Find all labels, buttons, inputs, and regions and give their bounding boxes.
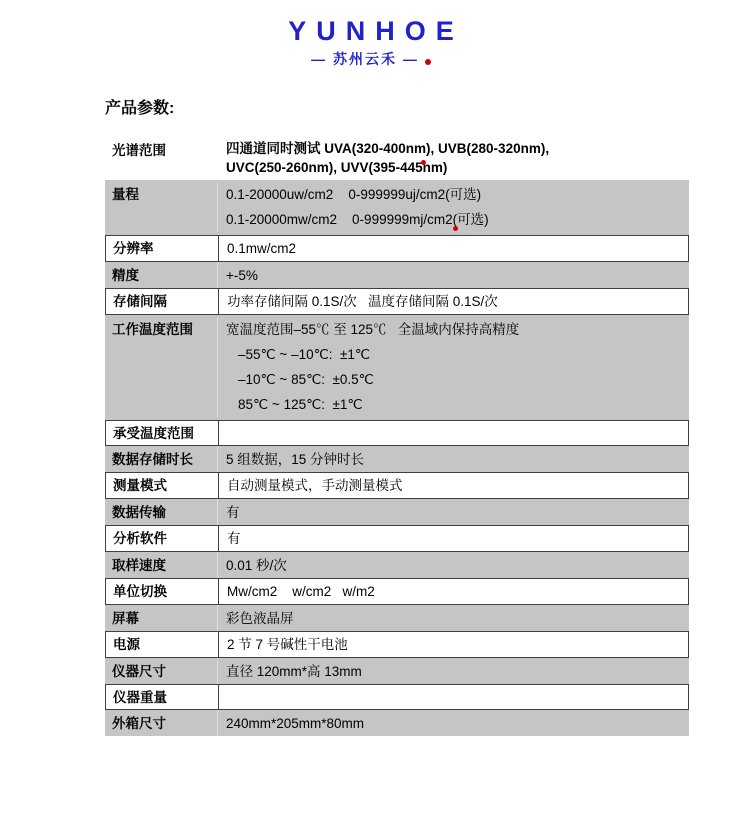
- spec-value-line: –10℃ ~ 85℃: ±0.5℃: [226, 367, 689, 392]
- spec-label: 数据存储时长: [105, 446, 218, 472]
- spec-row-analysis-software: 分析软件 有: [105, 525, 689, 552]
- spec-label: 外箱尺寸: [105, 710, 218, 736]
- spec-value-line: UVC(250-260nm), UVV(395-445nm): [226, 158, 689, 177]
- spec-label: 电源: [106, 632, 219, 657]
- spec-value-line: 2 节 7 号碱性干电池: [227, 632, 688, 657]
- spec-value-line: 四通道同时测试 UVA(320-400nm), UVB(280-320nm),: [226, 139, 689, 158]
- spec-label: 分析软件: [106, 526, 219, 551]
- red-dot-icon: [425, 59, 431, 65]
- spec-value: 0.1mw/cm2: [219, 236, 688, 261]
- spec-value-line: 0.1mw/cm2: [227, 236, 688, 261]
- page: YUNHOE — 苏州云禾 — 产品参数: 光谱范围 四通道同时测试 UVA(3…: [0, 0, 742, 836]
- spec-label: 仪器尺寸: [105, 658, 218, 684]
- spec-label: 数据传输: [105, 499, 218, 525]
- spec-value-line: +-5%: [226, 263, 689, 288]
- spec-value: 彩色液晶屏: [218, 605, 689, 631]
- spec-label: 分辨率: [106, 236, 219, 261]
- spec-value: 0.1-20000uw/cm2 0-999999uj/cm2(可选)0.1-20…: [218, 182, 689, 232]
- spec-value-line: 功率存储间隔 0.1S/次 温度存储间隔 0.1S/次: [227, 289, 688, 314]
- spec-row-outer-box-size: 外箱尺寸 240mm*205mm*80mm: [105, 710, 689, 736]
- spec-value: 直径 120mm*高 13mm: [218, 658, 689, 684]
- spec-value-line: 85℃ ~ 125℃: ±1℃: [226, 392, 689, 417]
- spec-row-range: 量程 0.1-20000uw/cm2 0-999999uj/cm2(可选)0.1…: [105, 180, 689, 235]
- spec-row-instrument-size: 仪器尺寸 直径 120mm*高 13mm: [105, 658, 689, 684]
- spec-value: 0.01 秒/次: [218, 552, 689, 578]
- spec-value-line: 0.01 秒/次: [226, 553, 689, 578]
- spec-label: 光谱范围: [105, 139, 218, 179]
- spec-value: 宽温度范围–55℃ 至 125℃ 全温域内保持高精度–55℃ ~ –10℃: ±…: [218, 317, 689, 417]
- brand-subtitle: — 苏州云禾 —: [311, 51, 419, 67]
- page-title: 产品参数:: [105, 95, 174, 118]
- spec-value: 有: [219, 526, 688, 551]
- spec-table: 光谱范围 四通道同时测试 UVA(320-400nm), UVB(280-320…: [105, 139, 689, 736]
- spec-rows: 量程 0.1-20000uw/cm2 0-999999uj/cm2(可选)0.1…: [105, 180, 689, 736]
- spec-value: 240mm*205mm*80mm: [218, 710, 689, 736]
- spec-value: [219, 685, 688, 709]
- brand-subtitle-row: — 苏州云禾 —: [0, 50, 742, 69]
- spec-row-storage-interval: 存储间隔 功率存储间隔 0.1S/次 温度存储间隔 0.1S/次: [105, 288, 689, 315]
- spec-value: 自动测量模式，手动测量模式: [219, 473, 688, 498]
- spec-value-line: 0.1-20000uw/cm2 0-999999uj/cm2(可选): [226, 182, 689, 207]
- spec-value-line: –55℃ ~ –10℃: ±1℃: [226, 342, 689, 367]
- brand-name: YUNHOE: [0, 16, 742, 46]
- spec-value-line: 有: [227, 526, 688, 551]
- spec-value: 5 组数据，15 分钟时长: [218, 446, 689, 472]
- spec-value: Mw/cm2 w/cm2 w/m2: [219, 579, 688, 604]
- red-dot-annotation: [453, 226, 458, 231]
- spec-row-measurement-mode: 测量模式 自动测量模式，手动测量模式: [105, 472, 689, 499]
- spec-row-data-storage-duration: 数据存储时长 5 组数据，15 分钟时长: [105, 446, 689, 472]
- spec-label: 单位切换: [106, 579, 219, 604]
- spec-row-resolution: 分辨率 0.1mw/cm2: [105, 235, 689, 262]
- spec-row-power: 电源 2 节 7 号碱性干电池: [105, 631, 689, 658]
- spec-label: 屏幕: [105, 605, 218, 631]
- spec-value: 有: [218, 499, 689, 525]
- spec-value: 功率存储间隔 0.1S/次 温度存储间隔 0.1S/次: [219, 289, 688, 314]
- spec-value: +-5%: [218, 262, 689, 288]
- spec-label: 存储间隔: [106, 289, 219, 314]
- spec-value-line: 彩色液晶屏: [226, 606, 689, 631]
- spec-row-accuracy: 精度 +-5%: [105, 262, 689, 288]
- spec-row-screen: 屏幕 彩色液晶屏: [105, 605, 689, 631]
- spec-row-withstand-temp-range: 承受温度范围: [105, 420, 689, 446]
- spec-label: 测量模式: [106, 473, 219, 498]
- spec-value-line: 宽温度范围–55℃ 至 125℃ 全温域内保持高精度: [226, 317, 689, 342]
- spec-label: 精度: [105, 262, 218, 288]
- spec-row-sampling-speed: 取样速度 0.01 秒/次: [105, 552, 689, 578]
- spec-row-data-transmission: 数据传输 有: [105, 499, 689, 525]
- spec-value: 四通道同时测试 UVA(320-400nm), UVB(280-320nm), …: [218, 139, 689, 179]
- spec-value-line: 自动测量模式，手动测量模式: [227, 473, 688, 498]
- spec-label: 仪器重量: [106, 685, 219, 709]
- brand-logo: YUNHOE — 苏州云禾 —: [0, 0, 742, 69]
- spec-value: 2 节 7 号碱性干电池: [219, 632, 688, 657]
- spec-row-instrument-weight: 仪器重量: [105, 684, 689, 710]
- spec-row-unit-switching: 单位切换 Mw/cm2 w/cm2 w/m2: [105, 578, 689, 605]
- spec-label: 承受温度范围: [106, 421, 219, 445]
- spec-value-line: 240mm*205mm*80mm: [226, 711, 689, 736]
- spec-value: [219, 421, 688, 445]
- red-dot-annotation: [421, 160, 426, 165]
- spec-value-line: Mw/cm2 w/cm2 w/m2: [227, 579, 688, 604]
- spec-row-spectral-range: 光谱范围 四通道同时测试 UVA(320-400nm), UVB(280-320…: [105, 139, 689, 179]
- spec-value-line: 有: [226, 500, 689, 525]
- spec-label: 工作温度范围: [105, 317, 218, 417]
- spec-value-line: 5 组数据，15 分钟时长: [226, 447, 689, 472]
- spec-label: 量程: [105, 182, 218, 232]
- spec-row-operating-temp-range: 工作温度范围 宽温度范围–55℃ 至 125℃ 全温域内保持高精度–55℃ ~ …: [105, 315, 689, 420]
- spec-label: 取样速度: [105, 552, 218, 578]
- spec-value-line: 直径 120mm*高 13mm: [226, 659, 689, 684]
